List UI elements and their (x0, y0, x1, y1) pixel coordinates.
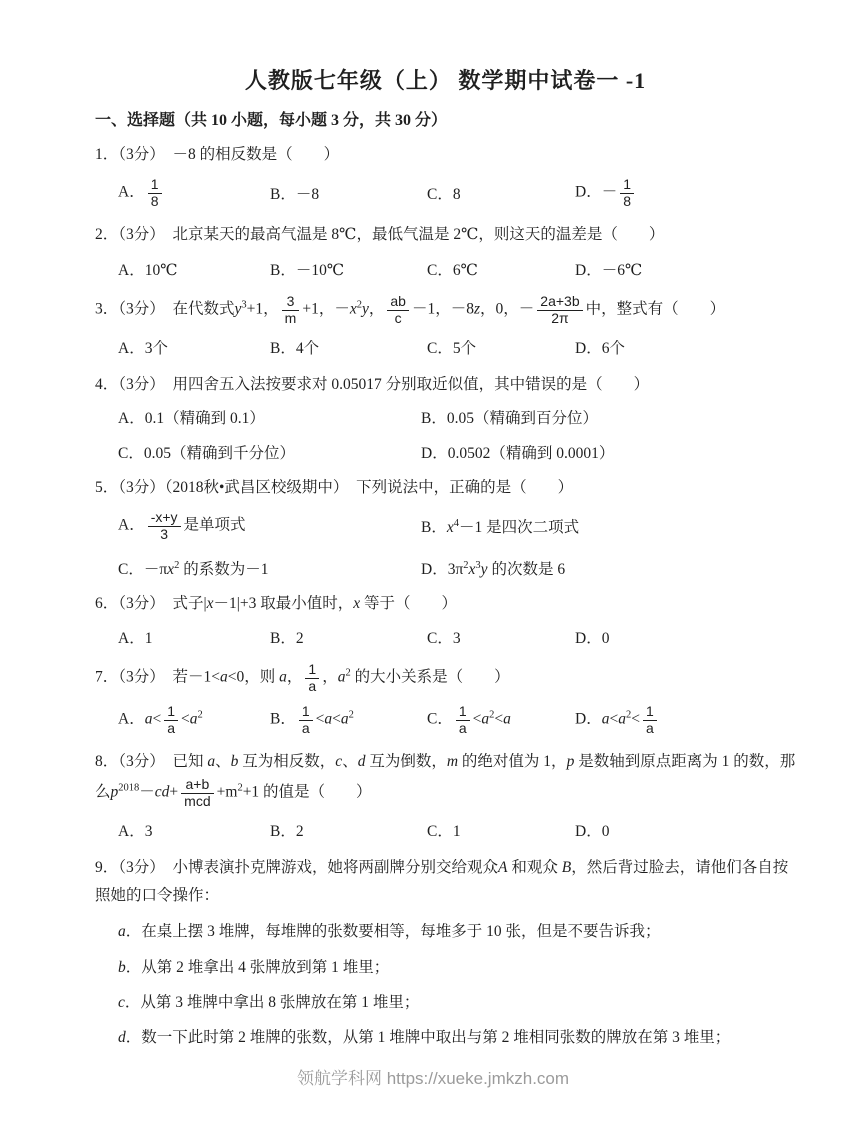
question-3: 3．（3分） 在代数式y3+1，3m+1，－x2y，abc－1，－8z，0，－2… (95, 293, 796, 360)
fraction: 18 (620, 177, 634, 209)
question-9-item-a: a．在桌上摆 3 堆牌，每堆牌的张数要相等，每堆多于 10 张，但是不要告诉我； (118, 919, 796, 945)
question-5: 5．（3分）（2018秋•武昌区校级期中） 下列说法中，正确的是（ ）A．-x+… (95, 474, 796, 578)
section-heading: 一、选择题（共 10 小题，每小题 3 分，共 30 分） (95, 107, 796, 130)
question-1-options: A．18B．－8C．8D．－18 (118, 176, 796, 210)
question-1: 1．（3分） －8 的相反数是（ ）A．18B．－8C．8D．－18 (95, 141, 796, 210)
question-1-option-b: B．－8 (270, 182, 427, 204)
question-1-stem: 1．（3分） －8 的相反数是（ ） (95, 141, 796, 169)
fraction: 2a+3b2π (537, 294, 582, 326)
question-9-item-b: b．从第 2 堆拿出 4 张牌放到第 1 堆里； (118, 955, 796, 981)
question-3-option-d: D．6个 (575, 336, 796, 358)
question-list: 1．（3分） －8 的相反数是（ ）A．18B．－8C．8D．－182．（3分）… (95, 141, 796, 1052)
question-2-option-c: C．6℃ (427, 258, 575, 280)
question-6-option-d: D．0 (575, 626, 796, 648)
question-8: 8．（3分） 已知 a、b 互为相反数，c、d 互为倒数，m 的绝对值为 1，p… (95, 748, 796, 843)
fraction: 1a (643, 704, 657, 736)
fraction: a+bmcd (181, 777, 213, 809)
question-4-option-b: B．0.05（精确到百分位） (421, 406, 796, 428)
footer-site-label: 领航学科网 (297, 1069, 382, 1088)
question-7-option-c: C．1a<a2<a (427, 703, 575, 737)
fraction: 1a (164, 704, 178, 736)
question-8-option-b: B．2 (270, 819, 427, 841)
question-5-stem: 5．（3分）（2018秋•武昌区校级期中） 下列说法中，正确的是（ ） (95, 474, 796, 502)
question-8-option-a: A．3 (118, 819, 270, 841)
question-3-option-c: C．5个 (427, 336, 575, 358)
page-title: 人教版七年级（上） 数学期中试卷一 -1 (95, 64, 796, 95)
question-6-stem: 6．（3分） 式子|x－1|+3 取最小值时，x 等于（ ） (95, 590, 796, 618)
footer-watermark: 领航学科网 https://xueke.jmkzh.com (0, 1064, 866, 1089)
question-9-item-c: c．从第 3 堆牌中拿出 8 张牌放在第 1 堆里； (118, 990, 796, 1016)
fraction: 3m (282, 294, 300, 326)
question-9: 9．（3分） 小博表演扑克牌游戏，她将两副牌分别交给观众A 和观众 B，然后背过… (95, 854, 796, 1051)
question-5-options: A．-x+y3是单项式B．x4－1 是四次二项式C．－πx2 的系数为－1D．3… (118, 509, 796, 578)
question-7-option-b: B．1a<a<a2 (270, 703, 427, 737)
question-1-option-c: C．8 (427, 182, 575, 204)
question-1-option-d: D．－18 (575, 176, 796, 210)
question-6: 6．（3分） 式子|x－1|+3 取最小值时，x 等于（ ）A．1B．2C．3D… (95, 590, 796, 651)
footer-url: https://xueke.jmkzh.com (387, 1069, 569, 1088)
question-2-stem: 2．（3分） 北京某天的最高气温是 8℃，最低气温是 2℃，则这天的温差是（ ） (95, 221, 796, 249)
question-9-item-d: d．数一下此时第 2 堆牌的张数，从第 1 堆牌中取出与第 2 堆相同张数的牌放… (118, 1025, 796, 1051)
fraction: 1a (456, 704, 470, 736)
fraction: 1a (299, 704, 313, 736)
question-5-option-d: D．3π2x3y 的次数是 6 (421, 557, 796, 579)
exam-page: 人教版七年级（上） 数学期中试卷一 -1 一、选择题（共 10 小题，每小题 3… (0, 0, 866, 1052)
question-7: 7．（3分） 若－1<a<0，则 a，1a，a2 的大小关系是（ ）A．a<1a… (95, 661, 796, 737)
question-2: 2．（3分） 北京某天的最高气温是 8℃，最低气温是 2℃，则这天的温差是（ ）… (95, 221, 796, 282)
question-2-option-a: A．10℃ (118, 258, 270, 280)
question-4-option-c: C．0.05（精确到千分位） (118, 441, 421, 463)
question-8-option-d: D．0 (575, 819, 796, 841)
question-3-stem: 3．（3分） 在代数式y3+1，3m+1，－x2y，abc－1，－8z，0，－2… (95, 293, 796, 327)
question-8-stem: 8．（3分） 已知 a、b 互为相反数，c、d 互为倒数，m 的绝对值为 1，p… (95, 748, 796, 810)
question-9-stem: 9．（3分） 小博表演扑克牌游戏，她将两副牌分别交给观众A 和观众 B，然后背过… (95, 854, 796, 910)
fraction: 1a (305, 662, 319, 694)
question-4: 4．（3分） 用四舍五入法按要求对 0.05017 分别取近似值，其中错误的是（… (95, 371, 796, 463)
fraction: -x+y3 (148, 510, 181, 542)
question-4-option-a: A．0.1（精确到 0.1） (118, 406, 421, 428)
question-3-option-a: A．3个 (118, 336, 270, 358)
fraction: 18 (148, 177, 162, 209)
question-3-option-b: B．4个 (270, 336, 427, 358)
question-1-option-a: A．18 (118, 176, 270, 210)
question-2-option-b: B．－10℃ (270, 258, 427, 280)
question-8-options: A．3B．2C．1D．0 (118, 817, 796, 843)
question-6-option-b: B．2 (270, 626, 427, 648)
question-4-stem: 4．（3分） 用四舍五入法按要求对 0.05017 分别取近似值，其中错误的是（… (95, 371, 796, 399)
question-7-options: A．a<1a<a2B．1a<a<a2C．1a<a2<aD．a<a2<1a (118, 703, 796, 737)
question-8-option-c: C．1 (427, 819, 575, 841)
question-2-options: A．10℃B．－10℃C．6℃D．－6℃ (118, 256, 796, 282)
question-7-stem: 7．（3分） 若－1<a<0，则 a，1a，a2 的大小关系是（ ） (95, 661, 796, 695)
question-7-option-d: D．a<a2<1a (575, 703, 796, 737)
question-6-options: A．1B．2C．3D．0 (118, 624, 796, 650)
fraction: abc (387, 294, 409, 326)
question-5-option-a: A．-x+y3是单项式 (118, 509, 421, 543)
question-3-options: A．3个B．4个C．5个D．6个 (118, 334, 796, 360)
question-7-option-a: A．a<1a<a2 (118, 703, 270, 737)
question-6-option-c: C．3 (427, 626, 575, 648)
question-2-option-d: D．－6℃ (575, 258, 796, 280)
question-4-option-d: D．0.0502（精确到 0.0001） (421, 441, 796, 463)
question-6-option-a: A．1 (118, 626, 270, 648)
question-4-options: A．0.1（精确到 0.1）B．0.05（精确到百分位）C．0.05（精确到千分… (118, 406, 796, 463)
question-5-option-c: C．－πx2 的系数为－1 (118, 557, 421, 579)
question-5-option-b: B．x4－1 是四次二项式 (421, 515, 796, 537)
